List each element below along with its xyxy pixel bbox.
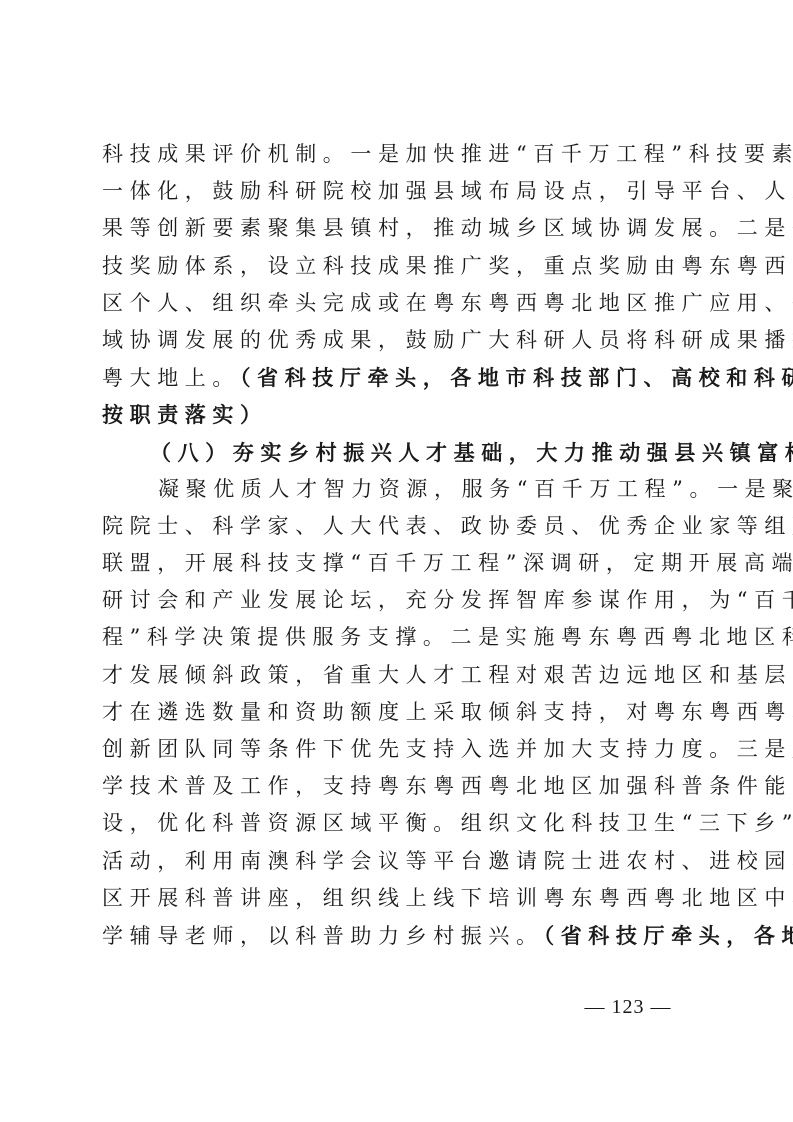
text-line: 果等创新要素聚集县镇村，推动城乡区域协调发展。二是优化科 bbox=[102, 210, 694, 247]
text-line: 区开展科普讲座，组织线上线下培训粤东粤西粤北地区中小学科 bbox=[102, 880, 694, 917]
text-line: 凝聚优质人才智力资源，服务“百千万工程”。一是聚集两 bbox=[102, 471, 694, 508]
text-line: 技奖励体系，设立科技成果推广奖，重点奖励由粤东粤西粤北地 bbox=[102, 248, 694, 285]
text-plain: 学辅导老师，以科普助力乡村振兴。 bbox=[102, 924, 544, 948]
text-line: 院院士、科学家、人大代表、政协委员、优秀企业家等组建智库 bbox=[102, 508, 694, 545]
text-line: 才发展倾斜政策，省重大人才工程对艰苦边远地区和基层一线人 bbox=[102, 657, 694, 694]
text-line: 联盟，开展科技支撑“百千万工程”深调研，定期开展高端学术 bbox=[102, 545, 694, 582]
text-line: 一体化，鼓励科研院校加强县域布局设点，引导平台、人才、成 bbox=[102, 173, 694, 210]
text-line: 才在遴选数量和资助额度上采取倾斜支持，对粤东粤西粤北地区 bbox=[102, 694, 694, 731]
text-line: 学技术普及工作，支持粤东粤西粤北地区加强科普条件能力建 bbox=[102, 768, 694, 805]
text-line: 设，优化科普资源区域平衡。组织文化科技卫生“三下乡”科普 bbox=[102, 805, 694, 842]
document-page: 科技成果评价机制。一是加快推进“百千万工程”科技要素配置 一体化，鼓励科研院校加… bbox=[0, 0, 793, 1122]
text-line: 科技成果评价机制。一是加快推进“百千万工程”科技要素配置 bbox=[102, 136, 694, 173]
text-line: 程”科学决策提供服务支撑。二是实施粤东粤西粤北地区科技人 bbox=[102, 619, 694, 656]
text-line: 域协调发展的优秀成果，鼓励广大科研人员将科研成果播撒在南 bbox=[102, 322, 694, 359]
text-line: 学辅导老师，以科普助力乡村振兴。（省科技厅牵头，各地市科 bbox=[102, 917, 694, 954]
text-plain: 粤大地上。 bbox=[102, 366, 240, 390]
text-line: 粤大地上。（省科技厅牵头，各地市科技部门、高校和科研院所 bbox=[102, 359, 694, 396]
text-line: 区个人、组织牵头完成或在粤东粤西粤北地区推广应用、促进区 bbox=[102, 285, 694, 322]
text-line: 活动，利用南澳科学会议等平台邀请院士进农村、进校园、进社 bbox=[102, 843, 694, 880]
responsibility-note: （省科技厅牵头，各地市科 bbox=[544, 923, 793, 948]
responsibility-note: （省科技厅牵头，各地市科技部门、高校和科研院所 bbox=[240, 365, 793, 390]
text-line: 创新团队同等条件下优先支持入选并加大支持力度。三是加强科 bbox=[102, 731, 694, 768]
text-line: 研讨会和产业发展论坛，充分发挥智库参谋作用，为“百千万工 bbox=[102, 582, 694, 619]
responsibility-note: 按职责落实） bbox=[102, 396, 694, 433]
page-number: — 123 — bbox=[578, 996, 678, 1019]
body-text: 科技成果评价机制。一是加快推进“百千万工程”科技要素配置 一体化，鼓励科研院校加… bbox=[102, 136, 694, 954]
section-heading: （八）夯实乡村振兴人才基础，大力推动强县兴镇富村 bbox=[102, 434, 694, 471]
